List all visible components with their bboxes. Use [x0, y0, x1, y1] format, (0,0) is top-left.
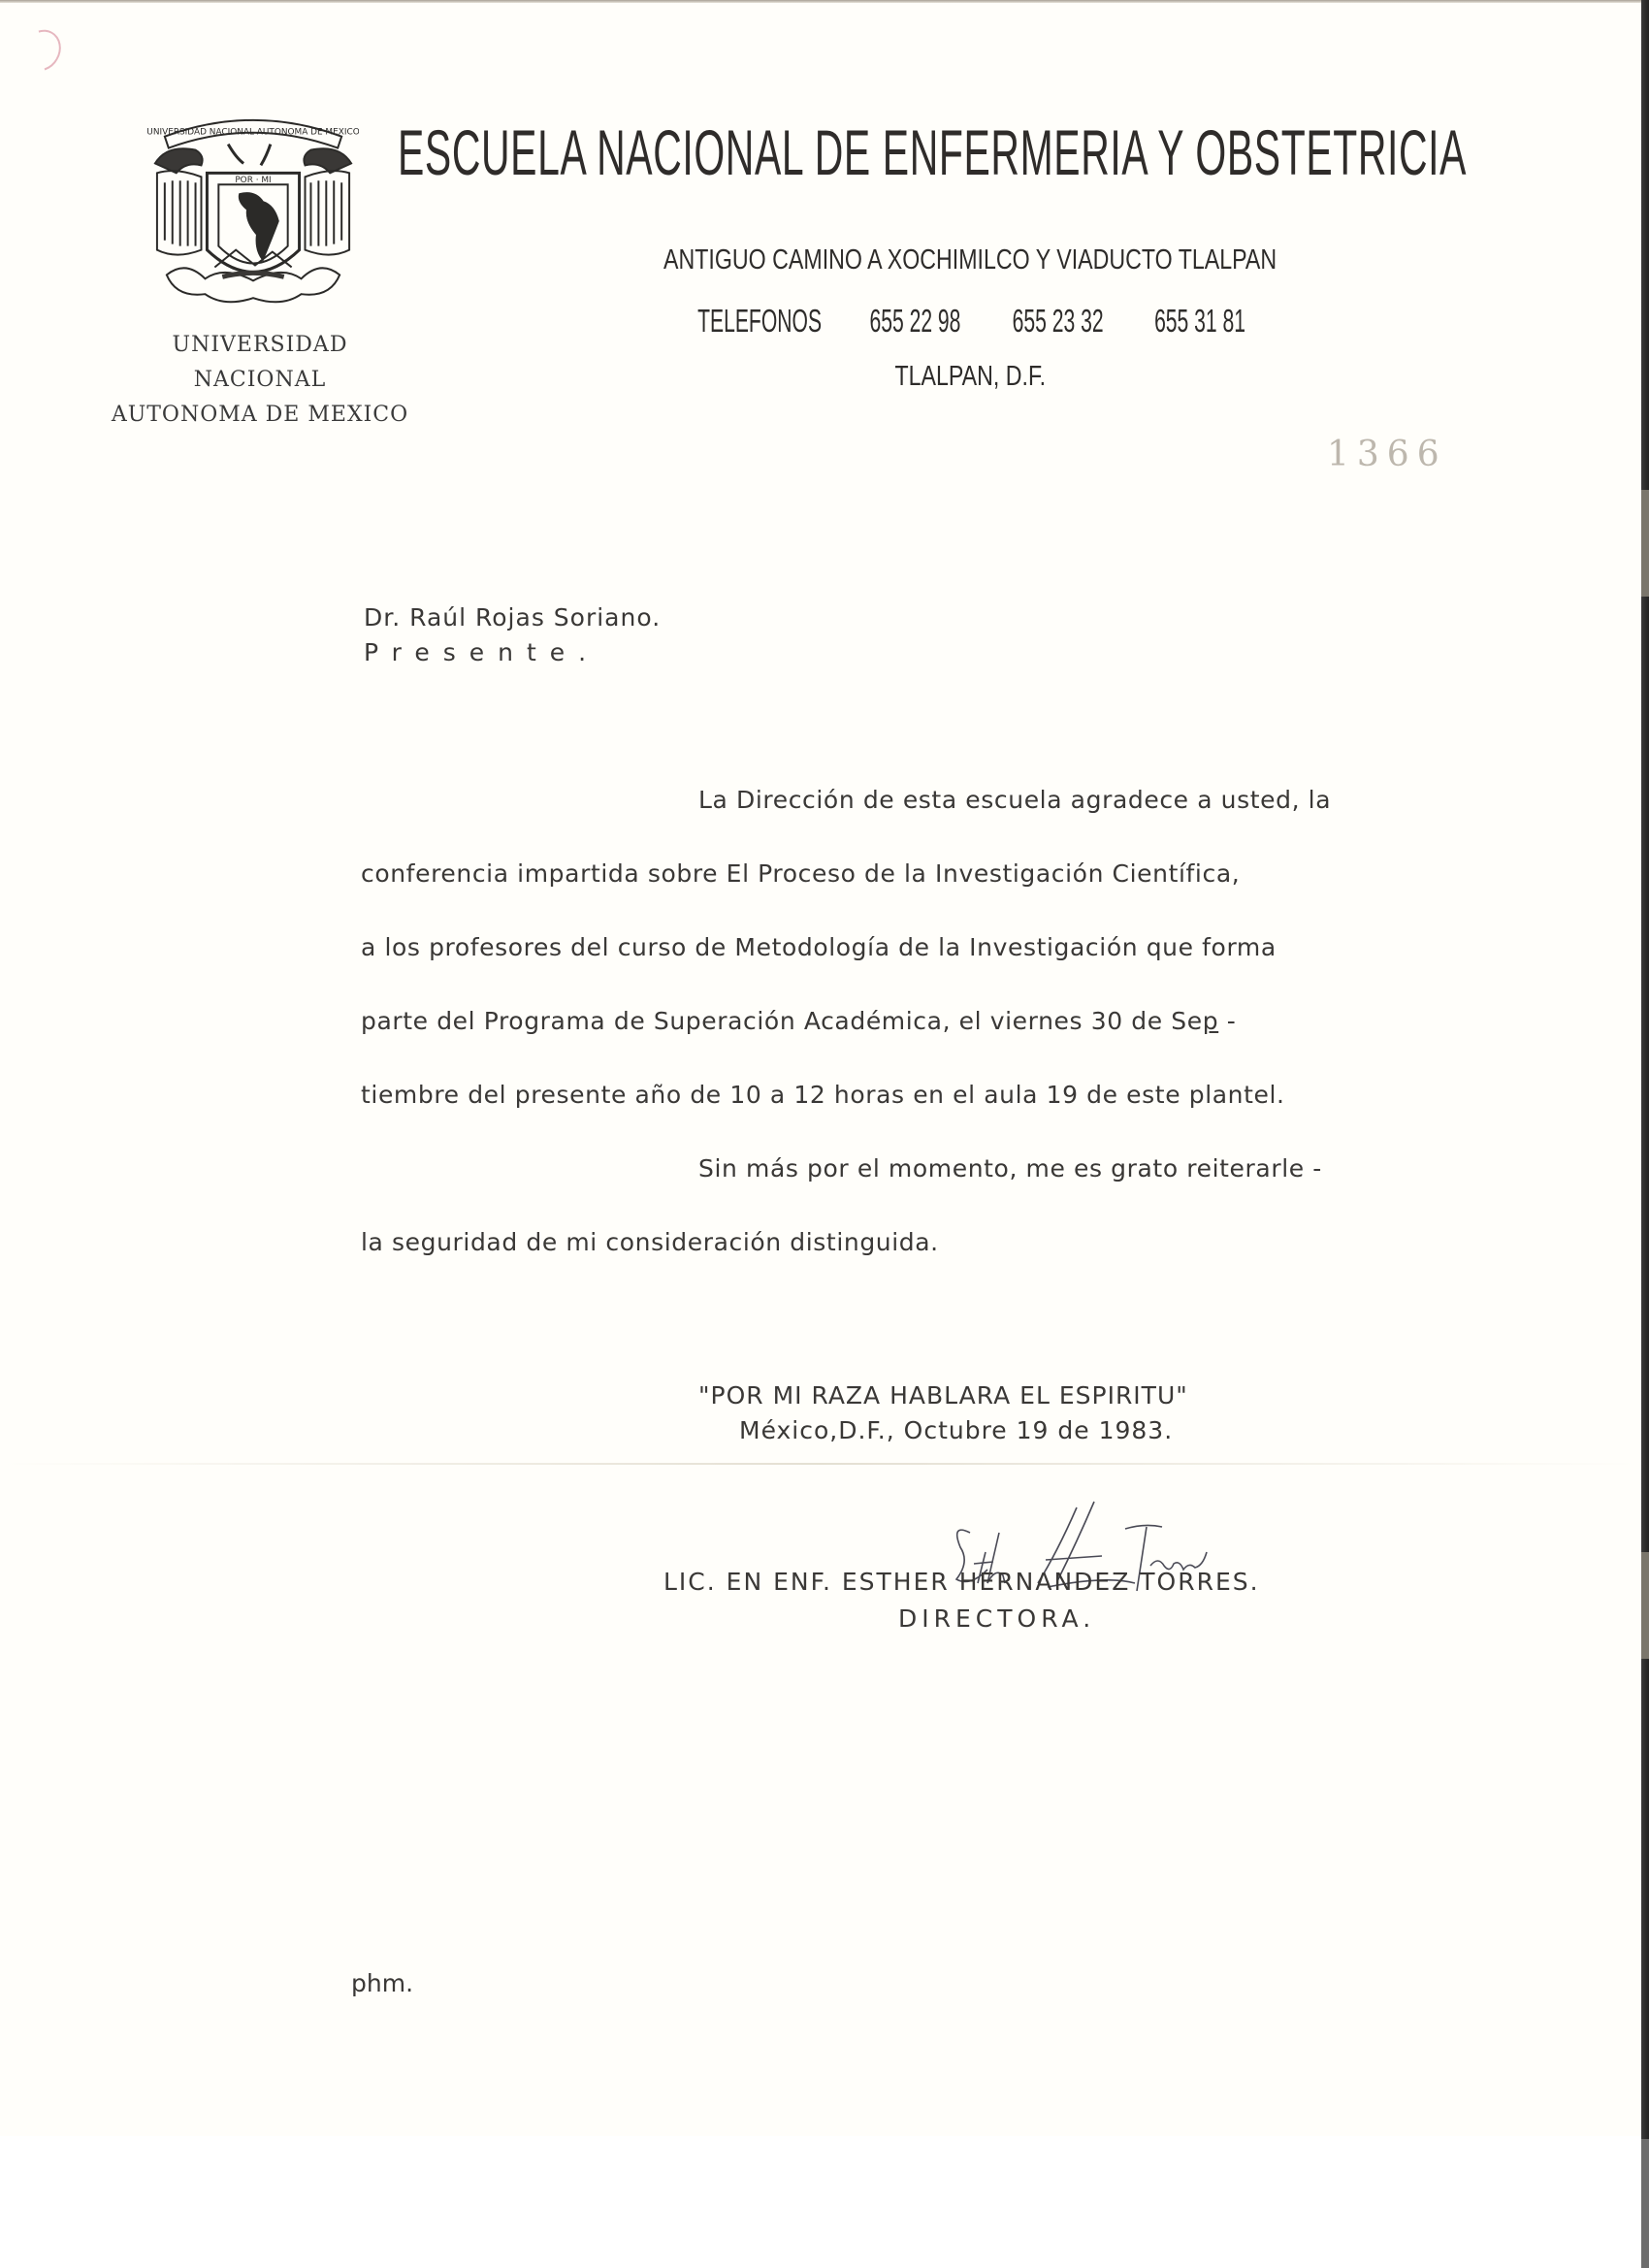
phone-number: 655 22 98 — [870, 303, 961, 340]
paper-edge — [0, 0, 1641, 3]
letter-page: UNIVERSIDAD NACIONAL AUTONOMA DE MEXICO … — [0, 0, 1641, 2136]
phone-number: 655 31 81 — [1155, 303, 1246, 340]
signer-name: LIC. EN ENF. ESTHER HERNANDEZ TORRES. — [663, 1568, 1260, 1596]
school-address: ANTIGUO CAMINO A XOCHIMILCO Y VIADUCTO T… — [485, 244, 1455, 276]
body-line: a los profesores del curso de Metodologí… — [361, 933, 1277, 961]
recipient-name: Dr. Raúl Rojas Soriano. — [364, 603, 661, 632]
typist-initials: phm. — [351, 1969, 413, 1997]
body-line: La Dirección de esta escuela agradece a … — [698, 786, 1331, 814]
school-phones: TELEFONOS 655 22 98 655 23 32 655 31 81 — [485, 303, 1455, 340]
signer-title: DIRECTORA. — [898, 1604, 1095, 1633]
body-line: Sin más por el momento, me es grato reit… — [698, 1154, 1322, 1183]
folio-stamp: 1366 — [1327, 435, 1447, 474]
university-name: UNIVERSIDAD NACIONAL AUTONOMA DE MEXICO — [105, 328, 415, 433]
university-line-2: AUTONOMA DE MEXICO — [105, 398, 415, 433]
body-line: parte del Programa de Superación Académi… — [361, 1007, 1236, 1035]
place-and-date: México,D.F., Octubre 19 de 1983. — [739, 1416, 1173, 1444]
school-name-heading: ESCUELA NACIONAL DE ENFERMERIA Y OBSTETR… — [398, 109, 1562, 196]
body-line: conferencia impartida sobre El Proceso d… — [361, 859, 1240, 888]
svg-text:UNIVERSIDAD NACIONAL AUTONOMA: UNIVERSIDAD NACIONAL AUTONOMA DE MEXICO — [147, 128, 359, 138]
scanner-border — [1641, 0, 1649, 2268]
recipient-greeting: Presente. — [364, 638, 599, 666]
phones-label: TELEFONOS — [698, 303, 823, 340]
body-line: la seguridad de mi consideración disting… — [361, 1228, 939, 1256]
school-city: TLALPAN, D.F. — [485, 361, 1455, 393]
pencil-mark — [16, 22, 69, 78]
svg-text:POR · MI: POR · MI — [235, 176, 271, 185]
body-line: tiembre del presente año de 10 a 12 hora… — [361, 1081, 1285, 1109]
unam-crest-icon: UNIVERSIDAD NACIONAL AUTONOMA DE MEXICO … — [147, 105, 359, 314]
university-motto: "POR MI RAZA HABLARA EL ESPIRITU" — [698, 1381, 1188, 1409]
university-line-1: UNIVERSIDAD NACIONAL — [105, 328, 415, 398]
fold-crease — [0, 1463, 1641, 1465]
phone-number: 655 23 32 — [1013, 303, 1104, 340]
